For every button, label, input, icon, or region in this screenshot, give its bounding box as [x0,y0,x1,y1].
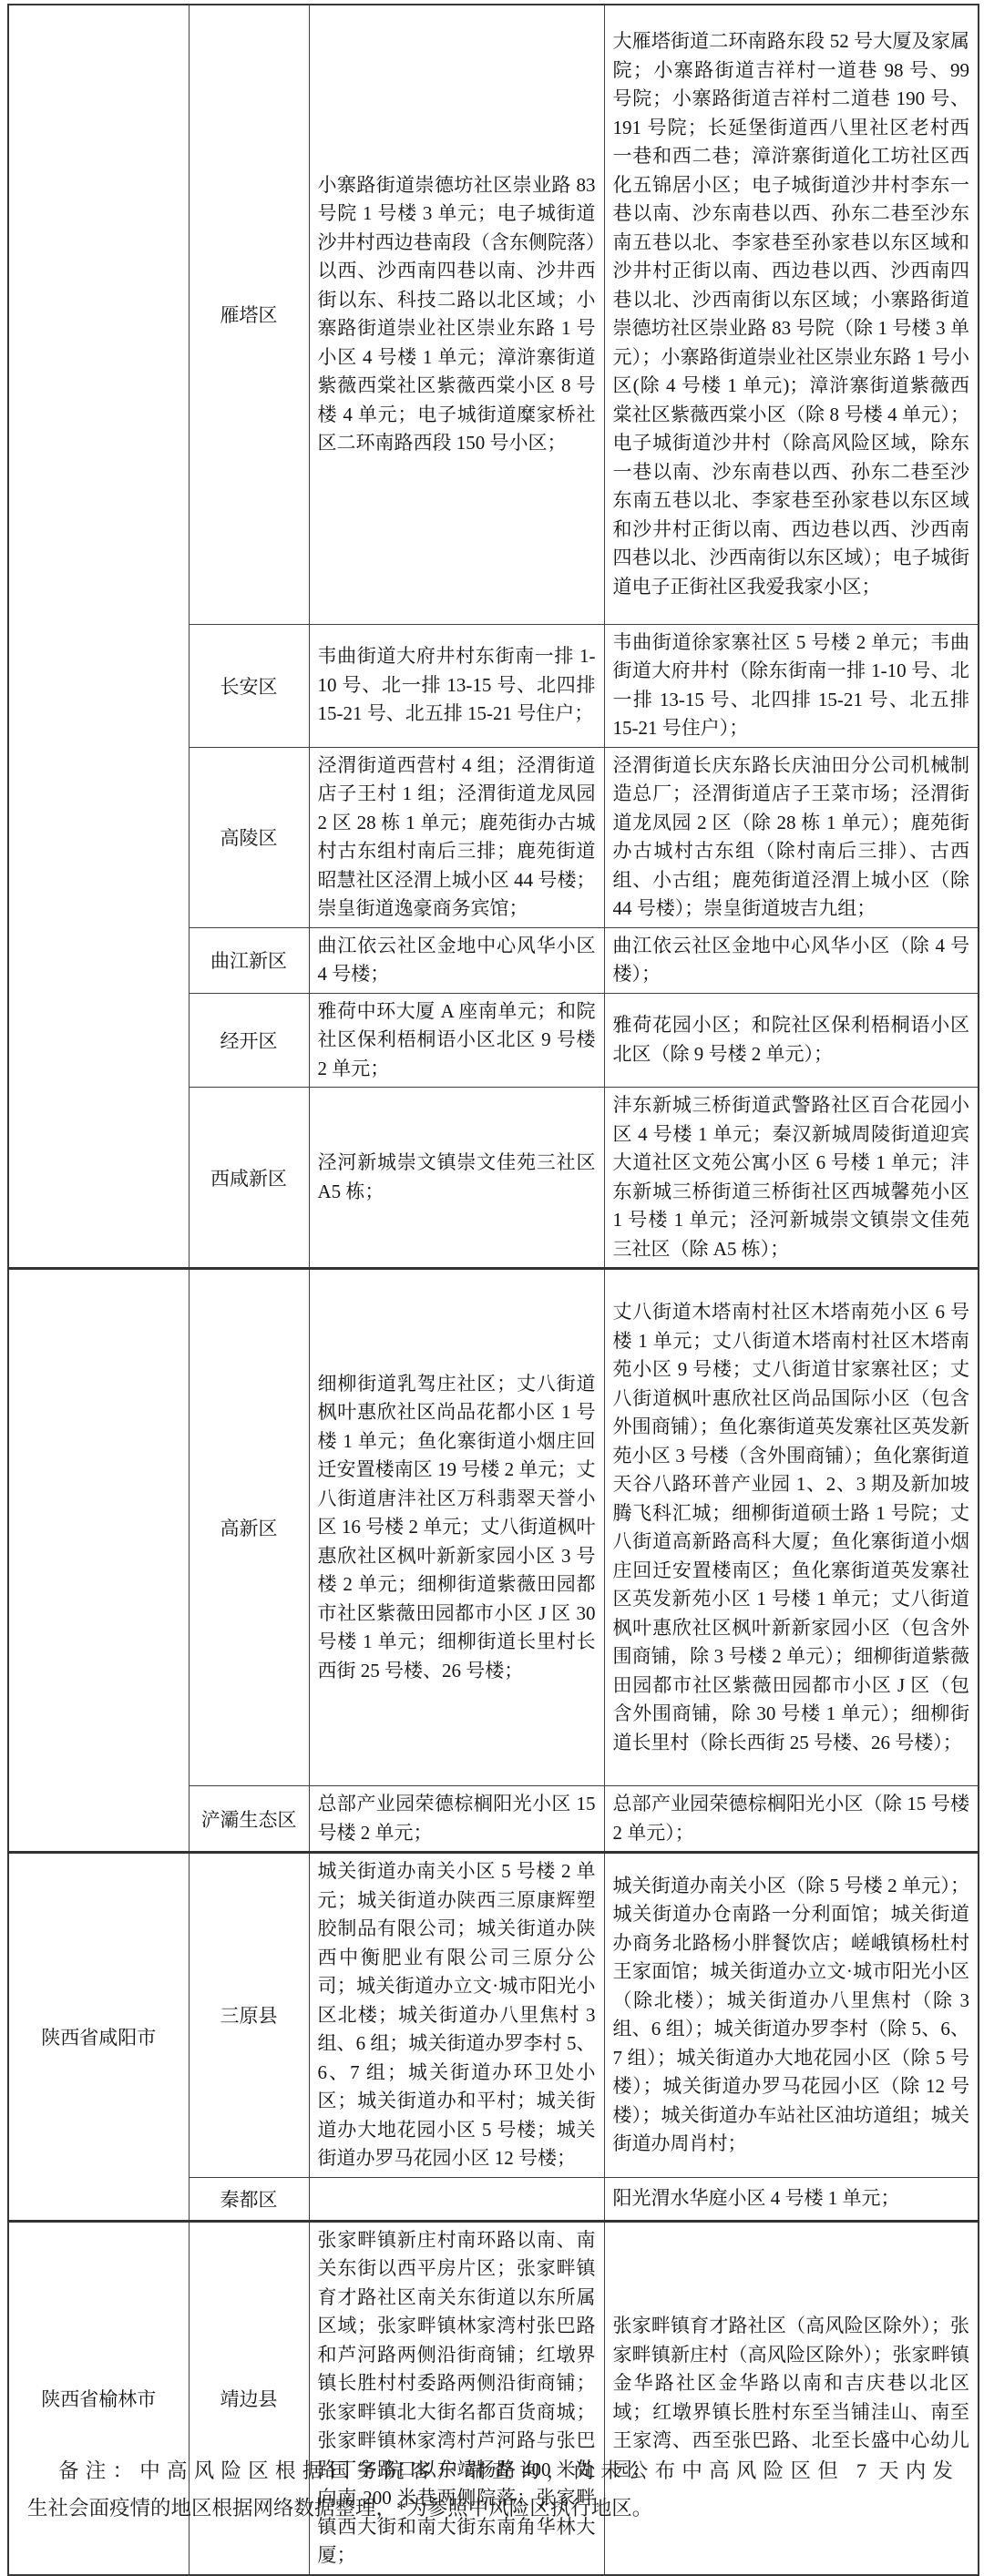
address-cell-left: 泾渭街道西营村 4 组；泾渭街道店子王村 1 组；泾渭街道龙凤园 2 区 28 … [309,747,604,927]
address-cell-left: 城关街道办南关小区 5 号楼 2 单元；城关街道办陕西三原康辉塑胶制品有限公司；… [309,1853,604,2178]
footnote: 备注：中高风险区根据国务院客户端查询，尚未公布中高风险区但 7 天内发 生社会面… [27,2452,953,2527]
address-cell-left: 曲江依云社区金地中心风华小区 4 号楼； [309,927,604,993]
table-row: 高新区 细柳街道乳驾庄社区；丈八街道枫叶惠欣社区尚品花都小区 1 号楼 1 单元… [8,1269,979,1786]
document-page: 雁塔区 小寨路街道崇德坊社区崇业路 83 号院 1 号楼 3 单元；电子城街道沙… [0,0,984,2524]
district-cell: 秦都区 [189,2177,309,2221]
footnote-line-1: 备注：中高风险区根据国务院客户端查询，尚未公布中高风险区但 7 天内发 [27,2452,953,2489]
district-cell: 高陵区 [189,747,309,927]
address-cell-left: 细柳街道乳驾庄社区；丈八街道枫叶惠欣社区尚品花都小区 1 号楼 1 单元；鱼化寨… [309,1269,604,1786]
address-cell-left: 泾河新城崇文镇崇文佳苑三社区 A5 栋； [309,1088,604,1269]
address-cell-right: 丈八街道木塔南村社区木塔南苑小区 6 号楼 1 单元；丈八街道木塔南村社区木塔南… [604,1269,979,1786]
table-row: 陕西省咸阳市 三原县 城关街道办南关小区 5 号楼 2 单元；城关街道办陕西三原… [8,1853,979,2178]
address-cell-left: 总部产业园荣德棕榈阳光小区 15 号楼 2 单元； [309,1786,604,1853]
address-cell-right: 曲江依云社区金地中心风华小区（除 4 号楼）； [604,927,979,993]
address-cell-right: 雅荷花园小区；和院社区保利梧桐语小区北区（除 9 号楼 2 单元）； [604,993,979,1088]
district-cell: 雁塔区 [189,5,309,624]
district-cell: 长安区 [189,624,309,747]
address-cell-right: 总部产业园荣德棕榈阳光小区（除 15 号楼 2 单元）； [604,1786,979,1853]
address-cell-right: 韦曲街道徐家寨社区 5 号楼 2 单元；韦曲街道大府井村（除东街南一排 1-10… [604,624,979,747]
district-cell: 浐灞生态区 [189,1786,309,1853]
address-cell-right: 沣东新城三桥街道武警路社区百合花园小区 4 号楼 1 单元；秦汉新城周陵街道迎宾… [604,1088,979,1269]
address-cell-left: 韦曲街道大府井村东街南一排 1-10 号、北一排 13-15 号、北四排 15-… [309,624,604,747]
address-cell-right: 大雁塔街道二环南路东段 52 号大厦及家属院；小寨路街道吉祥村一道巷 98 号、… [604,5,979,624]
district-cell: 西咸新区 [189,1088,309,1269]
table-row: 雁塔区 小寨路街道崇德坊社区崇业路 83 号院 1 号楼 3 单元；电子城街道沙… [8,5,979,624]
city-cell [8,1269,189,1853]
address-cell-right: 城关街道办南关小区（除 5 号楼 2 单元）；城关街道办仓南路一分利面馆；城关街… [604,1853,979,2178]
city-cell: 陕西省咸阳市 [8,1853,189,2222]
district-cell: 三原县 [189,1853,309,2178]
footnote-line-2: 生社会面疫情的地区根据网络数据整理，*为参照中风险区执行地区。 [27,2489,953,2527]
address-cell-right: 阳光渭水华庭小区 4 号楼 1 单元； [604,2177,979,2221]
district-cell: 曲江新区 [189,927,309,993]
district-cell: 高新区 [189,1269,309,1786]
address-cell-right: 泾渭街道长庆东路长庆油田分公司机械制造总厂；泾渭街道店子王菜市场；泾渭街道龙凤园… [604,747,979,927]
address-cell-left: 雅荷中环大厦 A 座南单元；和院社区保利梧桐语小区北区 9 号楼 2 单元； [309,993,604,1088]
address-cell-left [309,2177,604,2221]
city-cell [8,5,189,1269]
district-cell: 经开区 [189,993,309,1088]
address-cell-left: 小寨路街道崇德坊社区崇业路 83 号院 1 号楼 3 单元；电子城街道沙井村西边… [309,5,604,624]
risk-area-table: 雁塔区 小寨路街道崇德坊社区崇业路 83 号院 1 号楼 3 单元；电子城街道沙… [7,4,979,2576]
